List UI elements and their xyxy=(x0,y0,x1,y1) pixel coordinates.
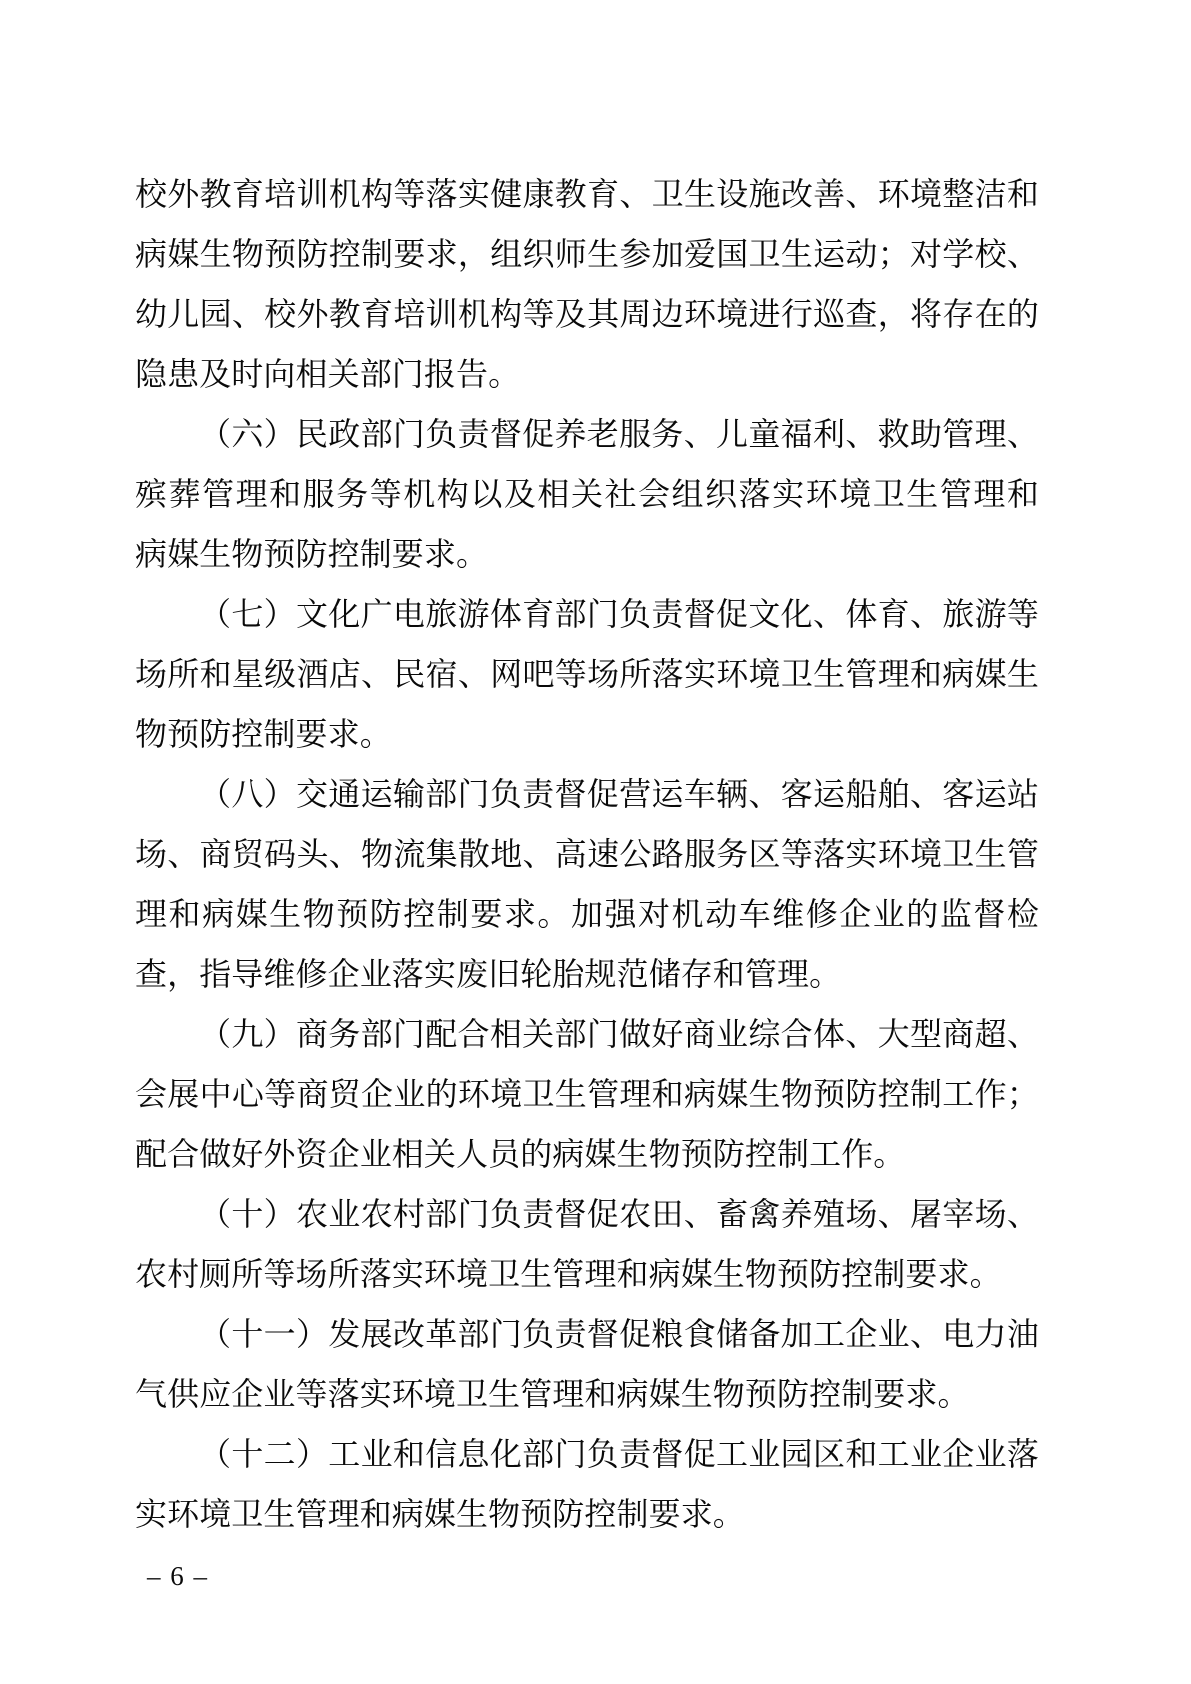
text-line: 殡葬管理和服务等机构以及相关社会组织落实环境卫生管理和 xyxy=(135,464,1039,524)
text-line: 校外教育培训机构等落实健康教育、卫生设施改善、环境整洁和 xyxy=(135,164,1039,224)
text-line: 幼儿园、校外教育培训机构等及其周边环境进行巡查，将存在的 xyxy=(135,284,1039,344)
paragraph: （六）民政部门负责督促养老服务、儿童福利、救助管理、殡葬管理和服务等机构以及相关… xyxy=(135,404,1039,584)
text-line: （十）农业农村部门负责督促农田、畜禽养殖场、屠宰场、 xyxy=(135,1184,1039,1244)
text-line: （九）商务部门配合相关部门做好商业综合体、大型商超、 xyxy=(135,1004,1039,1064)
text-line: 农村厕所等场所落实环境卫生管理和病媒生物预防控制要求。 xyxy=(135,1244,1039,1304)
text-line: （七）文化广电旅游体育部门负责督促文化、体育、旅游等 xyxy=(135,584,1039,644)
text-line: 场、商贸码头、物流集散地、高速公路服务区等落实环境卫生管 xyxy=(135,824,1039,884)
text-line: 查，指导维修企业落实废旧轮胎规范储存和管理。 xyxy=(135,944,1039,1004)
text-line: 病媒生物预防控制要求，组织师生参加爱国卫生运动；对学校、 xyxy=(135,224,1039,284)
paragraph: （八）交通运输部门负责督促营运车辆、客运船舶、客运站场、商贸码头、物流集散地、高… xyxy=(135,764,1039,1004)
text-line: 物预防控制要求。 xyxy=(135,704,1039,764)
paragraph: 校外教育培训机构等落实健康教育、卫生设施改善、环境整洁和病媒生物预防控制要求，组… xyxy=(135,164,1039,404)
text-line: 会展中心等商贸企业的环境卫生管理和病媒生物预防控制工作； xyxy=(135,1064,1039,1124)
text-block: 校外教育培训机构等落实健康教育、卫生设施改善、环境整洁和病媒生物预防控制要求，组… xyxy=(135,164,1039,1544)
paragraph: （十）农业农村部门负责督促农田、畜禽养殖场、屠宰场、农村厕所等场所落实环境卫生管… xyxy=(135,1184,1039,1304)
paragraph: （十二）工业和信息化部门负责督促工业园区和工业企业落实环境卫生管理和病媒生物预防… xyxy=(135,1424,1039,1544)
text-line: （十一）发展改革部门负责督促粮食储备加工企业、电力油 xyxy=(135,1304,1039,1364)
text-line: （六）民政部门负责督促养老服务、儿童福利、救助管理、 xyxy=(135,404,1039,464)
text-line: （八）交通运输部门负责督促营运车辆、客运船舶、客运站 xyxy=(135,764,1039,824)
paragraph: （七）文化广电旅游体育部门负责督促文化、体育、旅游等场所和星级酒店、民宿、网吧等… xyxy=(135,584,1039,764)
text-line: 病媒生物预防控制要求。 xyxy=(135,524,1039,584)
text-line: 气供应企业等落实环境卫生管理和病媒生物预防控制要求。 xyxy=(135,1364,1039,1424)
text-line: 实环境卫生管理和病媒生物预防控制要求。 xyxy=(135,1484,1039,1544)
text-line: 理和病媒生物预防控制要求。加强对机动车维修企业的监督检 xyxy=(135,884,1039,944)
document-page: 校外教育培训机构等落实健康教育、卫生设施改善、环境整洁和病媒生物预防控制要求，组… xyxy=(0,0,1191,1684)
paragraph: （十一）发展改革部门负责督促粮食储备加工企业、电力油气供应企业等落实环境卫生管理… xyxy=(135,1304,1039,1424)
page-number: – 6 – xyxy=(147,1561,207,1591)
text-line: 配合做好外资企业相关人员的病媒生物预防控制工作。 xyxy=(135,1124,1039,1184)
text-line: 隐患及时向相关部门报告。 xyxy=(135,344,1039,404)
paragraph: （九）商务部门配合相关部门做好商业综合体、大型商超、会展中心等商贸企业的环境卫生… xyxy=(135,1004,1039,1184)
text-line: 场所和星级酒店、民宿、网吧等场所落实环境卫生管理和病媒生 xyxy=(135,644,1039,704)
page-footer: – 6 – xyxy=(147,1560,207,1592)
text-line: （十二）工业和信息化部门负责督促工业园区和工业企业落 xyxy=(135,1424,1039,1484)
